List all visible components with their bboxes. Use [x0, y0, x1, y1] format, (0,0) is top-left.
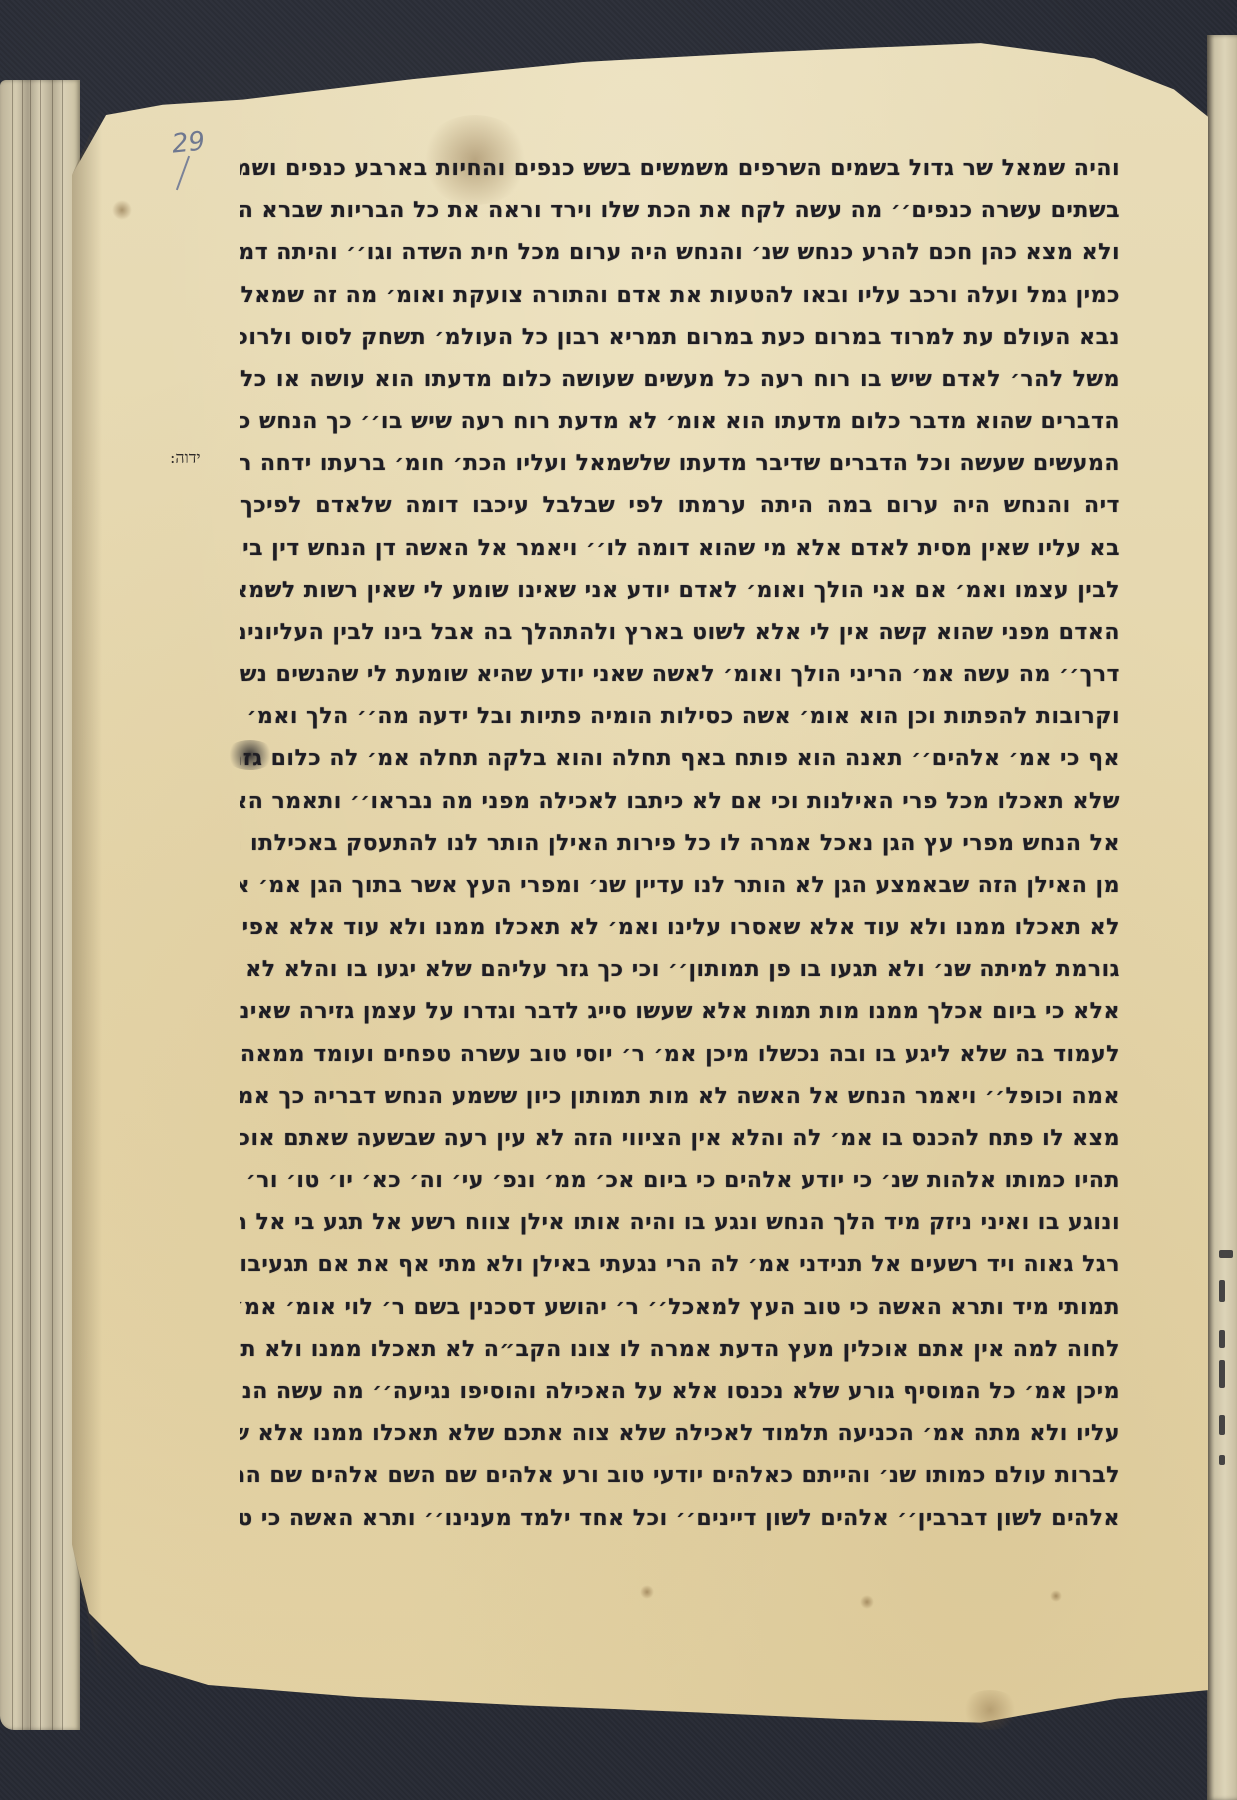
- text-line-24: מצא לו פתח להכנס בו אמ׳ לה והלא אין הציו…: [240, 1118, 1120, 1160]
- main-text-block: והיה שמאל שר גדול בשמים השרפים משמשים בש…: [240, 148, 1120, 1540]
- text-line-16: שלא תאכלו מכל פרי האילנות וכי אם לא כיתב…: [240, 781, 1120, 823]
- stain-bottom-right: [960, 1690, 1020, 1730]
- text-line-11: לבין עצמו ואמ׳ אם אני הולך ואומ׳ לאדם יו…: [240, 570, 1120, 612]
- text-line-31: עליו ולא מתה אמ׳ הכניעה תלמוד לאכילה שלא…: [240, 1413, 1120, 1455]
- text-line-1: והיה שמאל שר גדול בשמים השרפים משמשים בש…: [240, 148, 1120, 190]
- text-line-28: תמותי מיד ותרא האשה כי טוב העץ למאכל׳׳ ר…: [240, 1287, 1120, 1329]
- text-line-32: לברות עולם כמותו שנ׳ והייתם כאלהים יודעי…: [240, 1455, 1120, 1497]
- text-line-3: ולא מצא כהן חכם להרע כנחש שנ׳ והנחש היה …: [240, 232, 1120, 274]
- text-line-5: נבא העולם עת למרוד במרום כעת במרום תמריא…: [240, 317, 1120, 359]
- text-line-9: דיה והנחש היה ערום במה היתה ערמתו לפי שב…: [240, 485, 1120, 527]
- text-line-18: מן האילן הזה שבאמצע הגן לא הותר לנו עדיי…: [240, 865, 1120, 907]
- text-line-21: אלא כי ביום אכלך ממנו מות תמות אלא שעשו …: [240, 991, 1120, 1033]
- text-line-15: אף כי אמ׳ אלהים׳׳ תאנה הוא פותח באף תחלה…: [240, 738, 1120, 780]
- text-line-22: לעמוד בה שלא ליגע בו ובה נכשלו מיכן אמ׳ …: [240, 1034, 1120, 1076]
- text-line-23: אמה וכופל׳׳ ויאמר הנחש אל האשה לא מות תמ…: [240, 1076, 1120, 1118]
- text-line-4: כמין גמל ועלה ורכב עליו ובאו להטעות את א…: [240, 275, 1120, 317]
- margin-note: ידוה:: [170, 448, 201, 468]
- text-line-13: דרך׳׳ מה עשה אמ׳ הריני הולך ואומ׳ לאשה ש…: [240, 654, 1120, 696]
- stain-dot: [1050, 1590, 1062, 1602]
- text-line-25: תהיו כמותו אלהות שנ׳ כי יודע אלהים כי בי…: [240, 1160, 1120, 1202]
- facing-page-edge-right: [1207, 35, 1237, 1800]
- stacked-page-edges-left: [0, 80, 80, 1730]
- text-line-10: בא עליו שאין מסית לאדם אלא מי שהוא דומה …: [240, 528, 1120, 570]
- text-line-26: ונוגע בו ואיני ניזק מיד הלך הנחש ונגע בו…: [240, 1202, 1120, 1244]
- text-line-29: לחוה למה אין אתם אוכלין מעץ הדעת אמרה לו…: [240, 1329, 1120, 1371]
- stain-left: [112, 200, 132, 220]
- text-line-30: מיכן אמ׳ כל המוסיף גורע שלא נכנסו אלא על…: [240, 1371, 1120, 1413]
- text-line-8: המעשים שעשה וכל הדברים שדיבר מדעתו שלשמא…: [240, 443, 1120, 485]
- text-line-33: אלהים לשון דברבין׳׳ אלהים לשון דיינים׳׳ …: [240, 1498, 1120, 1540]
- text-line-14: וקרובות להפתות וכן הוא אומ׳ אשה כסילות ה…: [240, 696, 1120, 738]
- leaf-gutter-shadow: [72, 38, 102, 1750]
- text-line-7: הדברים שהוא מדבר כלום מדעתו הוא אומ׳ לא …: [240, 401, 1120, 443]
- text-line-12: האדם מפני שהוא קשה אין לי אלא לשוט בארץ …: [240, 612, 1120, 654]
- stain-dot: [860, 1595, 874, 1609]
- text-line-20: גורמת למיתה שנ׳ ולא תגעו בו פן תמותון׳׳ …: [240, 949, 1120, 991]
- text-line-2: בשתים עשרה כנפים׳׳ מה עשה לקח את הכת שלו…: [240, 190, 1120, 232]
- folio-number: 29: [171, 126, 207, 159]
- stain-dot: [640, 1585, 654, 1599]
- text-line-6: משל להר׳ לאדם שיש בו רוח רעה כל מעשים שע…: [240, 359, 1120, 401]
- text-line-27: רגל גאוה ויד רשעים אל תנידני אמ׳ לה הרי …: [240, 1244, 1120, 1286]
- text-line-17: אל הנחש מפרי עץ הגן נאכל אמרה לו כל פירו…: [240, 823, 1120, 865]
- text-line-19: לא תאכלו ממנו ולא עוד אלא שאסרו עלינו וא…: [240, 907, 1120, 949]
